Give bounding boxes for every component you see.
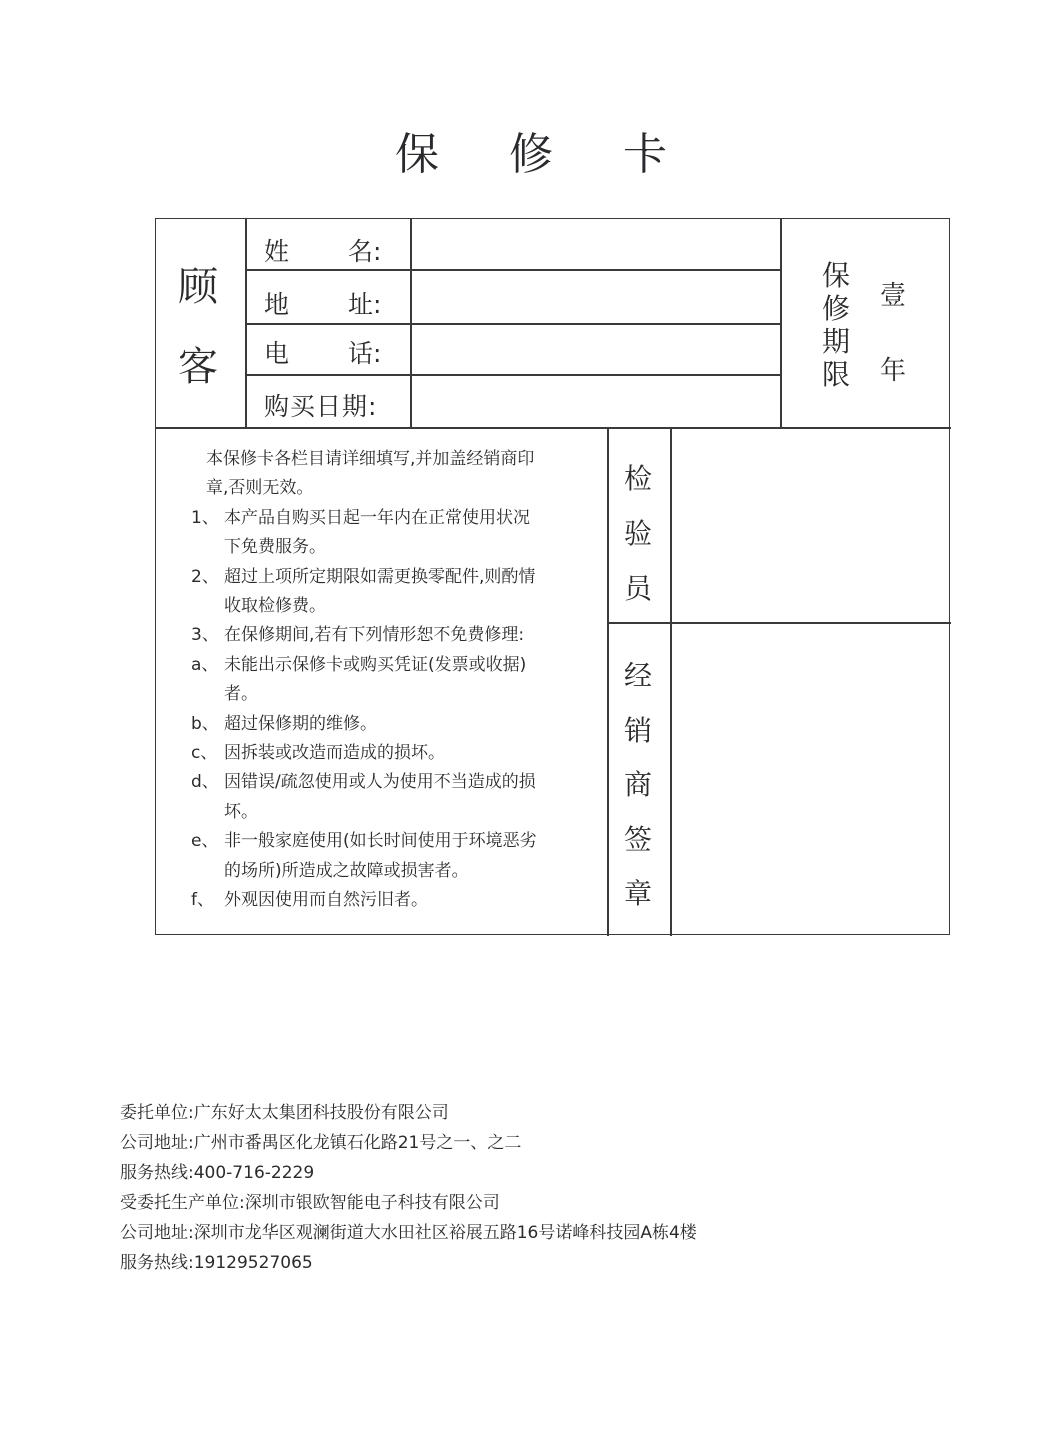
warranty-terms: 本保修卡各栏目请详细填写,并加盖经销商印 章,否则无效。 1、本产品自购买日起一… bbox=[191, 445, 611, 916]
page-title: 保 修 卡 bbox=[0, 118, 1062, 182]
divider bbox=[245, 269, 781, 271]
terms-item: b、超过保修期的维修。 bbox=[191, 710, 611, 739]
footer-line-manufacturer-address: 公司地址:深圳市龙华区观澜街道大水田社区裕展五路16号诺峰科技园A栋4楼 bbox=[120, 1218, 697, 1248]
dealer-label-char: 经 bbox=[624, 649, 652, 704]
dealer-label-char: 章 bbox=[624, 867, 652, 922]
divider bbox=[670, 427, 672, 936]
terms-marker: e、 bbox=[191, 827, 224, 886]
warranty-label-char: 修 bbox=[822, 292, 854, 325]
terms-item: 3、在保修期间,若有下列情形恕不免费修理: bbox=[191, 621, 611, 650]
terms-line: 因错误/疏忽使用或人为使用不当造成的损 bbox=[224, 768, 536, 797]
warranty-label-char: 期 bbox=[822, 325, 854, 358]
terms-item: e、非一般家庭使用(如长时间使用于环境恶劣的场所)所造成之故障或损害者。 bbox=[191, 827, 611, 886]
terms-line: 坏。 bbox=[224, 798, 536, 827]
dealer-stamp-field[interactable] bbox=[674, 626, 946, 931]
warranty-label-char: 保 bbox=[822, 259, 854, 292]
terms-line: 下免费服务。 bbox=[224, 533, 530, 562]
terms-intro-line: 本保修卡各栏目请详细填写,并加盖经销商印 bbox=[191, 445, 611, 474]
terms-line: 非一般家庭使用(如长时间使用于环境恶劣 bbox=[224, 827, 537, 856]
footer-line-entrusting-address: 公司地址:广州市番禺区化龙镇石化路21号之一、之二 bbox=[120, 1128, 697, 1158]
divider bbox=[245, 374, 781, 376]
phone-field[interactable] bbox=[414, 327, 780, 374]
terms-line: 者。 bbox=[224, 680, 526, 709]
terms-line: 因拆装或改造而造成的损坏。 bbox=[224, 739, 445, 768]
address-label-b: 址: bbox=[348, 285, 381, 321]
purchase-date-label: 购买日期: bbox=[264, 387, 377, 423]
terms-line: 收取检修费。 bbox=[224, 592, 535, 621]
terms-line: 超过上项所定期限如需更换零配件,则酌情 bbox=[224, 563, 535, 592]
warranty-period-value-2: 年 bbox=[880, 350, 906, 387]
terms-item: 1、本产品自购买日起一年内在正常使用状况下免费服务。 bbox=[191, 504, 611, 563]
name-label-b: 名: bbox=[348, 232, 381, 268]
warranty-period-value-1: 壹 bbox=[880, 275, 906, 312]
phone-label-a: 电 bbox=[264, 334, 289, 370]
phone-label-b: 话: bbox=[348, 334, 381, 370]
divider bbox=[245, 323, 781, 325]
terms-item: 2、超过上项所定期限如需更换零配件,则酌情收取检修费。 bbox=[191, 563, 611, 622]
inspector-field[interactable] bbox=[674, 431, 946, 619]
company-info: 委托单位:广东好太太集团科技股份有限公司 公司地址:广州市番禺区化龙镇石化路21… bbox=[120, 1098, 697, 1278]
name-field[interactable] bbox=[414, 221, 780, 269]
footer-line-manufacturer-hotline: 服务热线:19129527065 bbox=[120, 1248, 697, 1278]
terms-intro-line: 章,否则无效。 bbox=[191, 474, 611, 503]
inspector-label-char: 员 bbox=[624, 561, 652, 616]
terms-marker: a、 bbox=[191, 651, 224, 710]
warranty-label-char: 限 bbox=[822, 358, 854, 391]
terms-marker: b、 bbox=[191, 710, 224, 739]
terms-line: 超过保修期的维修。 bbox=[224, 710, 377, 739]
terms-item: d、因错误/疏忽使用或人为使用不当造成的损坏。 bbox=[191, 768, 611, 827]
terms-item: c、因拆装或改造而造成的损坏。 bbox=[191, 739, 611, 768]
inspector-label-char: 验 bbox=[624, 506, 652, 561]
divider bbox=[607, 622, 951, 624]
terms-marker: f、 bbox=[191, 886, 224, 915]
dealer-label-char: 签 bbox=[624, 813, 652, 868]
dealer-label-char: 商 bbox=[624, 758, 652, 813]
warranty-card: 顾 客 姓 名: 地 址: 电 话: 购买日期: 保 修 期 限 壹 年 本保修… bbox=[155, 218, 950, 935]
terms-line: 本产品自购买日起一年内在正常使用状况 bbox=[224, 504, 530, 533]
terms-item: a、未能出示保修卡或购买凭证(发票或收据)者。 bbox=[191, 651, 611, 710]
footer-line-manufacturer: 受委托生产单位:深圳市银欧智能电子科技有限公司 bbox=[120, 1188, 697, 1218]
inspector-label: 检 验 员 bbox=[624, 451, 652, 616]
address-field[interactable] bbox=[414, 273, 780, 323]
divider bbox=[156, 427, 951, 429]
dealer-stamp-label: 经 销 商 签 章 bbox=[624, 649, 652, 922]
terms-item: f、外观因使用而自然污旧者。 bbox=[191, 886, 611, 915]
warranty-period-label: 保 修 期 限 bbox=[822, 259, 854, 391]
dealer-label-char: 销 bbox=[624, 704, 652, 759]
terms-line: 未能出示保修卡或购买凭证(发票或收据) bbox=[224, 651, 526, 680]
terms-line: 在保修期间,若有下列情形恕不免费修理: bbox=[224, 621, 524, 650]
footer-line-entrusting-company: 委托单位:广东好太太集团科技股份有限公司 bbox=[120, 1098, 697, 1128]
customer-label-2: 客 bbox=[178, 335, 218, 392]
purchase-date-field[interactable] bbox=[414, 378, 780, 427]
terms-marker: 2、 bbox=[191, 563, 224, 622]
customer-label-1: 顾 bbox=[178, 255, 218, 312]
terms-marker: c、 bbox=[191, 739, 224, 768]
terms-marker: 3、 bbox=[191, 621, 224, 650]
terms-line: 的场所)所造成之故障或损害者。 bbox=[224, 857, 537, 886]
address-label-a: 地 bbox=[264, 285, 289, 321]
name-label-a: 姓 bbox=[264, 232, 289, 268]
terms-line: 外观因使用而自然污旧者。 bbox=[224, 886, 428, 915]
footer-line-entrusting-hotline: 服务热线:400-716-2229 bbox=[120, 1158, 697, 1188]
terms-marker: d、 bbox=[191, 768, 224, 827]
inspector-label-char: 检 bbox=[624, 451, 652, 506]
terms-marker: 1、 bbox=[191, 504, 224, 563]
